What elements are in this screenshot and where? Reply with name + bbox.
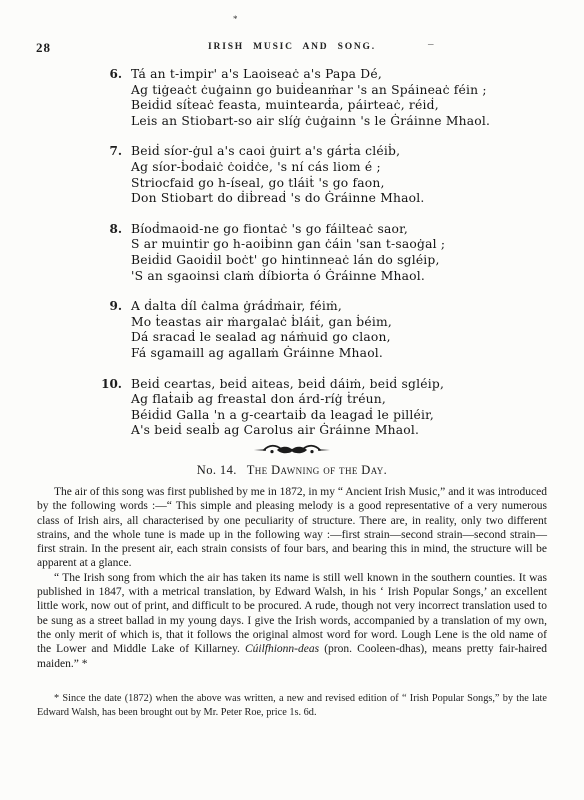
stanza-lines: Beiḋ síor-ġul a's caoi ġuirt a's gárṫa c… <box>131 144 584 206</box>
stanza-number: 8. <box>98 222 131 284</box>
irish-phrase-italic: Cúilfhionn-deas <box>245 643 319 655</box>
verse-line: Bíoḋmaoid-ne go fiontaċ 's go fáilteaċ s… <box>131 222 584 238</box>
stanza-9: 9. A ḋalta ḋíl ċalma ġráḋṁair, féiṁ, Mo … <box>98 299 584 361</box>
verse-line: A's beiḋ sealḃ ag Carolus air Ġráinne Mh… <box>131 423 584 439</box>
verse-line: Ag síor-ḃoḋaiċ ċoiḋċe, 's ní cás liom é … <box>131 160 584 176</box>
verse-line: Beiḋid Gaoiḋil boċt' go hintinneaċ lán d… <box>131 253 584 269</box>
verse-line: Beiḋid síṫeaċ feasta, muintearḋa, páirte… <box>131 98 584 114</box>
verse-line: Ag tiġeaċt ċuġainn go buiḋeanṁar 's an S… <box>131 83 584 99</box>
stanza-lines: Bíoḋmaoid-ne go fiontaċ 's go fáilteaċ s… <box>131 222 584 284</box>
running-header-title: IRISH MUSIC AND SONG. <box>0 42 584 52</box>
verse-line: Striocfaid go h-íseal, go tláiṫ 's go fa… <box>131 176 584 192</box>
verse-line: 'S an sgaoinsi claṁ ḋíbiorṫa ó Ġráinne M… <box>131 269 584 285</box>
stanza-lines: A ḋalta ḋíl ċalma ġráḋṁair, féiṁ, Mo ṫea… <box>131 299 584 361</box>
verse-line: Ag flaṫaiḃ ag freastal don árd-ríġ ṫréun… <box>131 392 584 408</box>
margin-dash-artifact: – <box>428 38 434 50</box>
verse-line: Don Stiobart do ḋiḃreaḋ 's do Ġráinne Mh… <box>131 191 584 207</box>
song-title: The Dawning of the Day. <box>247 463 387 477</box>
paragraph-2: “ The Irish song from which the air has … <box>37 571 547 671</box>
paragraph-1: The air of this song was first published… <box>37 485 547 571</box>
verse-line: Leis an Stiobart-so air slíġ ċuġainn 's … <box>131 114 584 130</box>
stanza-number: 9. <box>98 299 131 361</box>
verse-line: Béiḋid Galla 'n a g-ceartaiḃ da leagaḋ l… <box>131 408 584 424</box>
section-heading: No. 14.The Dawning of the Day. <box>0 463 584 478</box>
print-artifact-mark: * <box>233 14 238 24</box>
stanza-lines: Beiḋ ceartas, beiḋ aiteas, beiḋ dáiṁ, be… <box>131 377 584 439</box>
verse-line: Dá sracaḋ le sealad ag náṁuid go claon, <box>131 330 584 346</box>
verse-line: Tá an t-impir' a's Laoiseaċ a's Papa Dé, <box>131 67 584 83</box>
stanza-8: 8. Bíoḋmaoid-ne go fiontaċ 's go fáiltea… <box>98 222 584 284</box>
verse-line: S ar muintir go h-aoiḃinn gan ċáin 'san … <box>131 237 584 253</box>
stanza-number: 10. <box>98 377 131 439</box>
prose-block: The air of this song was first published… <box>37 485 547 671</box>
flourish-icon <box>252 443 332 457</box>
verse-line: Mo ṫeastas air ṁargalaċ ḃláiṫ, gan ḃéim, <box>131 315 584 331</box>
stanza-10: 10. Beiḋ ceartas, beiḋ aiteas, beiḋ dáiṁ… <box>98 377 584 439</box>
verse-line: Fá sgamaill ag agallaṁ Ġráinne Mhaol. <box>131 346 584 362</box>
verse-line: Beiḋ ceartas, beiḋ aiteas, beiḋ dáiṁ, be… <box>131 377 584 393</box>
stanza-lines: Tá an t-impir' a's Laoiseaċ a's Papa Dé,… <box>131 67 584 129</box>
verse-line: Beiḋ síor-ġul a's caoi ġuirt a's gárṫa c… <box>131 144 584 160</box>
verse-line: A ḋalta ḋíl ċalma ġráḋṁair, féiṁ, <box>131 299 584 315</box>
stanza-6: 6. Tá an t-impir' a's Laoiseaċ a's Papa … <box>98 67 584 129</box>
footnote: * Since the date (1872) when the above w… <box>37 692 547 720</box>
ornament-divider <box>0 443 584 462</box>
stanza-number: 6. <box>98 67 131 129</box>
song-number-label: No. 14. <box>197 463 237 477</box>
gaelic-verse-block: 6. Tá an t-impir' a's Laoiseaċ a's Papa … <box>0 67 584 454</box>
book-page: 28 IRISH MUSIC AND SONG. * – 6. Tá an t-… <box>0 0 584 800</box>
stanza-7: 7. Beiḋ síor-ġul a's caoi ġuirt a's gárṫ… <box>98 144 584 206</box>
running-header: 28 IRISH MUSIC AND SONG. <box>0 40 584 56</box>
stanza-number: 7. <box>98 144 131 206</box>
